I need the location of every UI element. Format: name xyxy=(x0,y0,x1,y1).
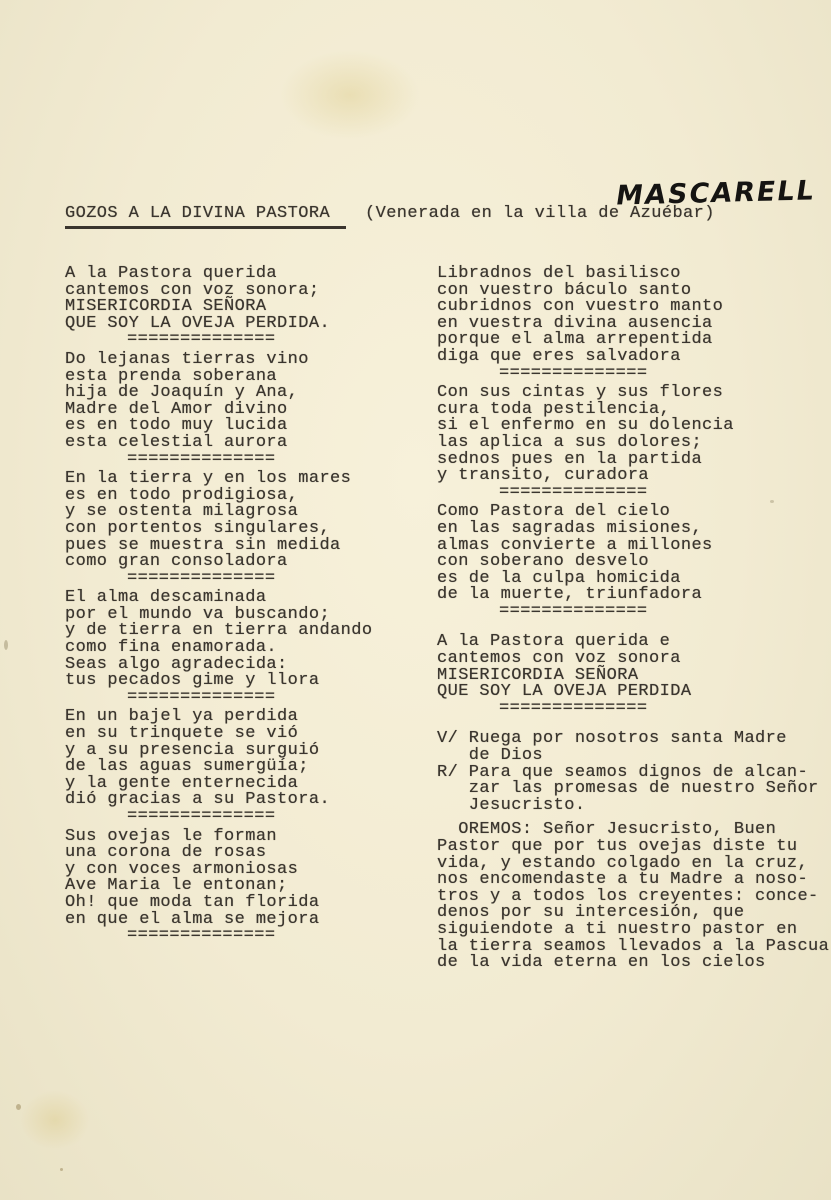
stanza-divider: ============== xyxy=(65,690,430,707)
paper-stain xyxy=(20,1090,90,1150)
document-title: GOZOS A LA DIVINA PASTORA xyxy=(65,206,346,229)
stanza-7: Libradnos del basilisco con vuestro bácu… xyxy=(437,266,829,366)
stanza-divider: ============== xyxy=(65,452,430,469)
left-column: A la Pastora querida cantemos con voz so… xyxy=(65,266,430,948)
stanza-2: Do lejanas tierras vino esta prenda sobe… xyxy=(65,352,430,452)
stanza-4: El alma descaminada por el mundo va busc… xyxy=(65,590,430,690)
right-column: Libradnos del basilisco con vuestro bácu… xyxy=(437,266,829,972)
versicle-text: V/ Ruega por nosotros santa Madre de Dio… xyxy=(437,731,829,814)
stanza-divider: ============== xyxy=(437,701,829,718)
stanza-8: Con sus cintas y sus flores cura toda pe… xyxy=(437,385,829,485)
paper-speckle xyxy=(60,1168,63,1171)
stanza-divider: ============== xyxy=(65,332,430,349)
paper-stain xyxy=(280,50,420,140)
oremos-text: OREMOS: Señor Jesucristo, Buen Pastor qu… xyxy=(437,822,829,971)
stanza-refrain-opening: A la Pastora querida cantemos con voz so… xyxy=(65,266,430,332)
versicle-response: V/ Ruega por nosotros santa Madre de Dio… xyxy=(437,731,829,814)
paper-speckle xyxy=(16,1104,21,1110)
stanza-9: Como Pastora del cielo en las sagradas m… xyxy=(437,504,829,604)
stanza-divider: ============== xyxy=(65,571,430,588)
paper-speckle xyxy=(4,640,8,650)
stanza-divider: ============== xyxy=(65,928,430,945)
stanza-3: En la tierra y en los mares es en todo p… xyxy=(65,471,430,571)
stanza-6: Sus ovejas le forman una corona de rosas… xyxy=(65,829,430,929)
stanza-divider: ============== xyxy=(65,809,430,826)
stanza-divider: ============== xyxy=(437,366,829,383)
stanza-divider: ============== xyxy=(437,485,829,502)
closing-refrain: A la Pastora querida e cantemos con voz … xyxy=(437,634,829,717)
oremos-prayer: OREMOS: Señor Jesucristo, Buen Pastor qu… xyxy=(437,822,829,971)
scanned-document-page: MASCARELL GOZOS A LA DIVINA PASTORA (Ven… xyxy=(0,0,831,1200)
stanza-refrain-closing: A la Pastora querida e cantemos con voz … xyxy=(437,634,829,700)
stanza-divider: ============== xyxy=(437,604,829,621)
stanza-5: En un bajel ya perdida en su trinquete s… xyxy=(65,709,430,809)
document-subtitle: (Venerada en la villa de Azuébar) xyxy=(365,206,715,223)
